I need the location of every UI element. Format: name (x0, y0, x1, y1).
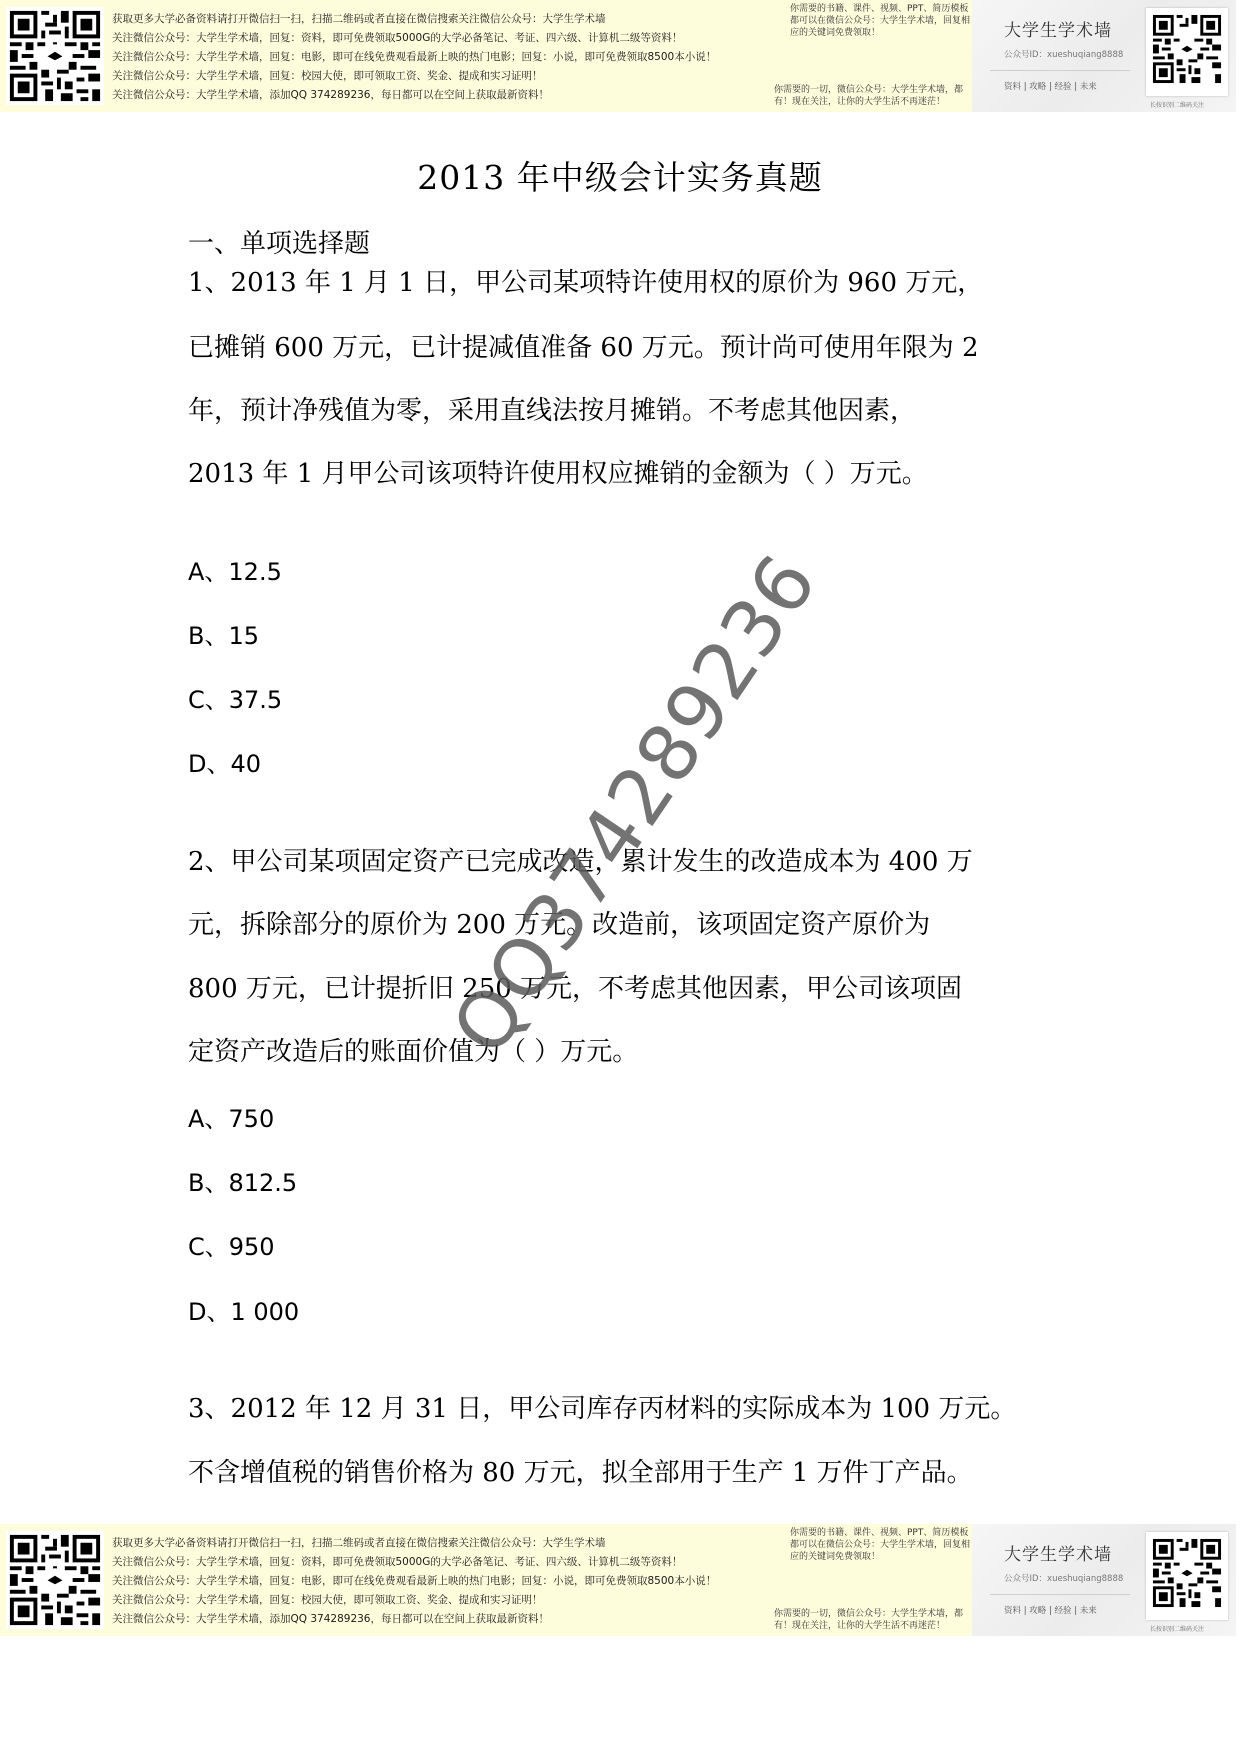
section-heading: 一、单项选择题 (188, 226, 370, 262)
banner-text-lines: 获取更多大学必备资料请打开微信扫一扫，扫描二维码或者直接在微信搜索关注微信公众号… (112, 1524, 782, 1636)
brand-tags: 资料 | 攻略 | 经验 | 未来 (1004, 80, 1097, 92)
question-text-line: 元，拆除部分的原价为 200 万元。改造前，该项固定资产原价为 (188, 907, 930, 943)
banner-line: 关注微信公众号：大学生学术墙，回复：校园大使，即可领取工资、奖金、提成和实习证明… (112, 1591, 782, 1610)
banner-line: 获取更多大学必备资料请打开微信扫一扫，扫描二维码或者直接在微信搜索关注微信公众号… (112, 1534, 782, 1553)
banner-line: 关注微信公众号：大学生学术墙，添加QQ 374289236，每日都可以在空间上获… (112, 86, 782, 105)
banner-side-notes: 你需要的书籍、课件、视频、PPT、简历模板都可以在微信公众号：大学生学术墙，回复… (782, 0, 972, 112)
question-text-line: 800 万元，已计提折旧 250 万元，不考虑其他因素，甲公司该项固 (188, 971, 962, 1007)
question-text-line: 2013 年 1 月甲公司该项特许使用权应摊销的金额为（ ）万元。 (188, 456, 928, 492)
banner-line: 获取更多大学必备资料请打开微信扫一扫，扫描二维码或者直接在微信搜索关注微信公众号… (112, 10, 782, 29)
option-d: D、40 (188, 748, 261, 780)
option-a: A、12.5 (188, 556, 282, 588)
qr-caption: 长按识别二维码关注 (1150, 100, 1204, 109)
banner-side-bottom-text: 你需要的一切，微信公众号：大学生学术墙，都有！现在关注，让你的大学生活不再迷茫！ (774, 84, 974, 108)
divider (990, 1594, 1130, 1595)
question-text-line: 3、2012 年 12 月 31 日，甲公司库存丙材料的实际成本为 100 万元… (188, 1391, 1016, 1427)
wechat-qr-code-left (6, 7, 104, 105)
option-c: C、950 (188, 1231, 275, 1263)
divider (990, 70, 1130, 71)
brand-tags: 资料 | 攻略 | 经验 | 未来 (1004, 1604, 1097, 1616)
question-text-line: 已摊销 600 万元，已计提减值准备 60 万元。预计尚可使用年限为 2 (188, 330, 979, 366)
footer-ad-banner: 获取更多大学必备资料请打开微信扫一扫，扫描二维码或者直接在微信搜索关注微信公众号… (0, 1524, 1232, 1636)
option-c: C、37.5 (188, 684, 282, 716)
qr-caption: 长按识别二维码关注 (1150, 1624, 1204, 1633)
brand-account-id: 公众号ID：xueshuqiang8888 (1004, 48, 1123, 60)
wechat-qr-code-left (6, 1531, 104, 1629)
brand-name: 大学生学术墙 (1004, 1540, 1112, 1565)
question-text-line: 1、2013 年 1 月 1 日，甲公司某项特许使用权的原价为 960 万元， (188, 265, 983, 301)
banner-line: 关注微信公众号：大学生学术墙，添加QQ 374289236，每日都可以在空间上获… (112, 1610, 782, 1629)
banner-side-bottom-text: 你需要的一切，微信公众号：大学生学术墙，都有！现在关注，让你的大学生活不再迷茫！ (774, 1608, 974, 1632)
brand-card: 大学生学术墙 公众号ID：xueshuqiang8888 资料 | 攻略 | 经… (972, 1524, 1236, 1636)
qr-code-icon (6, 1531, 104, 1629)
banner-side-notes: 你需要的书籍、课件、视频、PPT、简历模板都可以在微信公众号：大学生学术墙，回复… (782, 1524, 972, 1636)
qr-code-icon (6, 7, 104, 105)
option-a: A、750 (188, 1103, 274, 1135)
question-text-line: 年，预计净残值为零，采用直线法按月摊销。不考虑其他因素， (188, 393, 916, 429)
document-title: 2013 年中级会计实务真题 (0, 158, 1240, 198)
brand-account-id: 公众号ID：xueshuqiang8888 (1004, 1572, 1123, 1584)
banner-side-top-text: 你需要的书籍、课件、视频、PPT、简历模板都可以在微信公众号：大学生学术墙，回复… (790, 3, 975, 39)
banner-text-lines: 获取更多大学必备资料请打开微信扫一扫，扫描二维码或者直接在微信搜索关注微信公众号… (112, 0, 782, 112)
qr-code-icon (1150, 1536, 1224, 1610)
wechat-qr-code-right (1146, 1532, 1228, 1620)
option-b: B、15 (188, 620, 259, 652)
banner-line: 关注微信公众号：大学生学术墙，回复：电影，即可在线免费观看最新上映的热门电影；回… (112, 1572, 782, 1591)
option-b: B、812.5 (188, 1167, 297, 1199)
brand-name: 大学生学术墙 (1004, 16, 1112, 41)
question-text-line: 不含增值税的销售价格为 80 万元，拟全部用于生产 1 万件丁产品。 (188, 1455, 973, 1491)
banner-line: 关注微信公众号：大学生学术墙，回复：资料，即可免费领取5000G的大学必备笔记、… (112, 29, 782, 48)
banner-line: 关注微信公众号：大学生学术墙，回复：资料，即可免费领取5000G的大学必备笔记、… (112, 1553, 782, 1572)
banner-side-top-text: 你需要的书籍、课件、视频、PPT、简历模板都可以在微信公众号：大学生学术墙，回复… (790, 1527, 975, 1563)
question-text-line: 定资产改造后的账面价值为（ ）万元。 (188, 1034, 638, 1070)
qr-code-icon (1150, 12, 1224, 86)
banner-line: 关注微信公众号：大学生学术墙，回复：校园大使，即可领取工资、奖金、提成和实习证明… (112, 67, 782, 86)
wechat-qr-code-right (1146, 8, 1228, 96)
header-ad-banner: 获取更多大学必备资料请打开微信扫一扫，扫描二维码或者直接在微信搜索关注微信公众号… (0, 0, 1232, 112)
banner-line: 关注微信公众号：大学生学术墙，回复：电影，即可在线免费观看最新上映的热门电影；回… (112, 48, 782, 67)
option-d: D、1 000 (188, 1296, 299, 1328)
brand-card: 大学生学术墙 公众号ID：xueshuqiang8888 资料 | 攻略 | 经… (972, 0, 1236, 112)
question-text-line: 2、甲公司某项固定资产已完成改造，累计发生的改造成本为 400 万 (188, 844, 973, 880)
